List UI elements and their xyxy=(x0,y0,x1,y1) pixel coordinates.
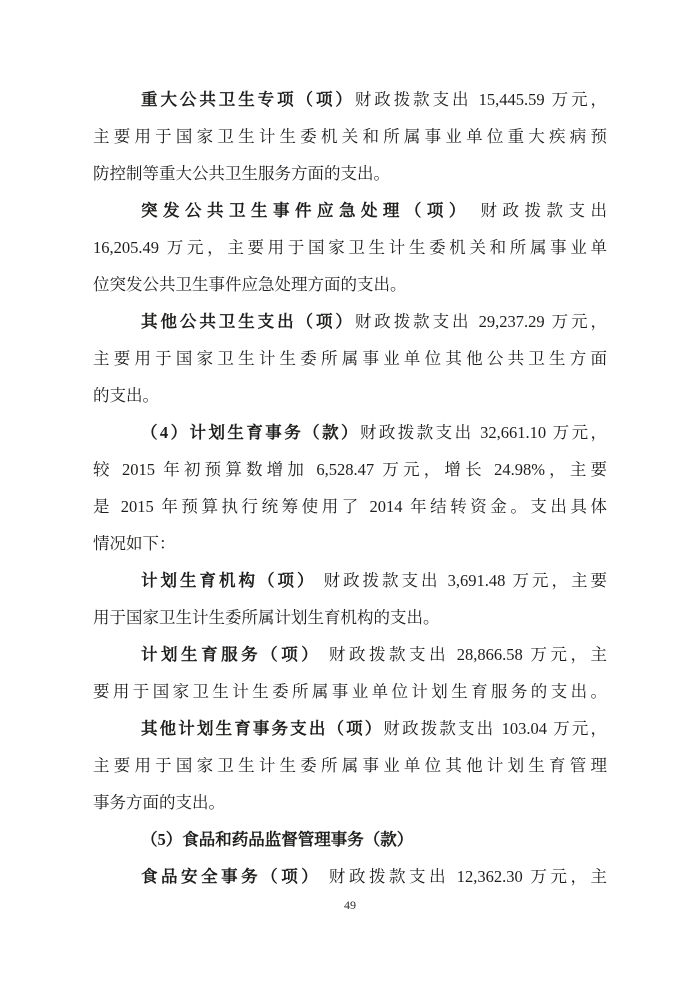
text-line: 用于国家卫生计生委所属计划生育机构的支出。 xyxy=(93,599,607,636)
para-other-family-planning-expenditure: 其他计划生育事务支出（项）财政拨款支出 103.04 万元，主要用于国家卫生计生… xyxy=(93,710,607,821)
bold-text-segment: （4）计划生育事务（款） xyxy=(141,423,360,442)
para-family-planning-services: 计划生育服务（项） 财政拨款支出 28,866.58 万元，主要用于国家卫生计生… xyxy=(93,636,607,710)
text-segment: 防控制等重大公共卫生服务方面的支出。 xyxy=(93,164,390,183)
text-line: （4）计划生育事务（款）财政拨款支出 32,661.10 万元， xyxy=(93,414,607,451)
text-segment: 事务方面的支出。 xyxy=(93,793,225,812)
heading-food-drug-supervision: （5）食品和药品监督管理事务（款） xyxy=(93,821,607,858)
text-line: 计划生育机构（项） 财政拨款支出 3,691.48 万元，主要 xyxy=(93,562,607,599)
para-emergency-public-health-response: 突发公共卫生事件应急处理（项） 财政拨款支出16,205.49 万元，主要用于国… xyxy=(93,192,607,303)
text-segment: 财政拨款支出 3,691.48 万元，主要 xyxy=(316,571,607,590)
bold-text-segment: 重大公共卫生专项（项） xyxy=(141,90,355,109)
para-other-public-health-expenditure: 其他公共卫生支出（项）财政拨款支出 29,237.29 万元，主要用于国家卫生计… xyxy=(93,303,607,414)
text-segment: 财政拨款支出 12,362.30 万元，主 xyxy=(321,867,607,886)
bold-text-segment: 计划生育机构（项） xyxy=(141,571,316,590)
bold-text-segment: 突发公共卫生事件应急处理（项） xyxy=(141,201,471,220)
para-food-safety-affairs: 食品安全事务（项） 财政拨款支出 12,362.30 万元，主 xyxy=(93,858,607,895)
text-line: （5）食品和药品监督管理事务（款） xyxy=(93,821,607,858)
text-line: 位突发公共卫生事件应急处理方面的支出。 xyxy=(93,266,607,303)
text-line: 情况如下： xyxy=(93,525,607,562)
text-segment: 财政拨款支出 28,866.58 万元，主 xyxy=(321,645,607,664)
text-segment: 财政拨款支出 15,445.59 万元， xyxy=(355,90,607,109)
text-segment: 主要用于国家卫生计生委所属事业单位其他计划生育管理 xyxy=(93,756,607,775)
text-line: 防控制等重大公共卫生服务方面的支出。 xyxy=(93,155,607,192)
text-line: 计划生育服务（项） 财政拨款支出 28,866.58 万元，主 xyxy=(93,636,607,673)
text-line: 食品安全事务（项） 财政拨款支出 12,362.30 万元，主 xyxy=(93,858,607,895)
text-line: 突发公共卫生事件应急处理（项） 财政拨款支出 xyxy=(93,192,607,229)
text-segment: 是 2015 年预算执行统筹使用了 2014 年结转资金。支出具体 xyxy=(93,497,607,516)
text-line: 要用于国家卫生计生委所属事业单位计划生育服务的支出。 xyxy=(93,673,607,710)
text-segment: 财政拨款支出 32,661.10 万元， xyxy=(360,423,607,442)
text-segment: 16,205.49 万元，主要用于国家卫生计生委机关和所属事业单 xyxy=(93,238,607,257)
text-line: 事务方面的支出。 xyxy=(93,784,607,821)
bold-text-segment: 其他公共卫生支出（项） xyxy=(141,312,355,331)
text-line: 其他公共卫生支出（项）财政拨款支出 29,237.29 万元， xyxy=(93,303,607,340)
text-line: 主要用于国家卫生计生委所属事业单位其他计划生育管理 xyxy=(93,747,607,784)
text-segment: 财政拨款支出 xyxy=(471,201,607,220)
text-segment: 较 2015 年初预算数增加 6,528.47 万元，增长 24.98%，主要 xyxy=(93,460,607,479)
text-line: 主要用于国家卫生计生委所属事业单位其他公共卫生方面 xyxy=(93,340,607,377)
page-number: 49 xyxy=(0,898,700,913)
para-family-planning-agencies: 计划生育机构（项） 财政拨款支出 3,691.48 万元，主要用于国家卫生计生委… xyxy=(93,562,607,636)
text-line: 的支出。 xyxy=(93,377,607,414)
text-segment: 财政拨款支出 29,237.29 万元， xyxy=(355,312,607,331)
bold-text-segment: 其他计划生育事务支出（项） xyxy=(141,719,383,738)
text-segment: 财政拨款支出 103.04 万元， xyxy=(383,719,607,738)
text-line: 主要用于国家卫生计生委机关和所属事业单位重大疾病预 xyxy=(93,118,607,155)
bold-text-segment: （5）食品和药品监督管理事务（款） xyxy=(141,830,413,849)
bold-text-segment: 食品安全事务（项） xyxy=(141,867,321,886)
text-segment: 用于国家卫生计生委所属计划生育机构的支出。 xyxy=(93,608,440,627)
text-segment: 要用于国家卫生计生委所属事业单位计划生育服务的支出。 xyxy=(93,682,607,701)
text-segment: 的支出。 xyxy=(93,386,159,405)
text-line: 16,205.49 万元，主要用于国家卫生计生委机关和所属事业单 xyxy=(93,229,607,266)
document-page: 重大公共卫生专项（项）财政拨款支出 15,445.59 万元，主要用于国家卫生计… xyxy=(0,0,700,989)
text-line: 是 2015 年预算执行统筹使用了 2014 年结转资金。支出具体 xyxy=(93,488,607,525)
text-line: 其他计划生育事务支出（项）财政拨款支出 103.04 万元， xyxy=(93,710,607,747)
para-family-planning-affairs-overview: （4）计划生育事务（款）财政拨款支出 32,661.10 万元，较 2015 年… xyxy=(93,414,607,562)
text-segment: 情况如下： xyxy=(93,534,176,553)
text-segment: 位突发公共卫生事件应急处理方面的支出。 xyxy=(93,275,407,294)
page-body: 重大公共卫生专项（项）财政拨款支出 15,445.59 万元，主要用于国家卫生计… xyxy=(93,81,607,895)
para-major-public-health-special: 重大公共卫生专项（项）财政拨款支出 15,445.59 万元，主要用于国家卫生计… xyxy=(93,81,607,192)
text-segment: 主要用于国家卫生计生委所属事业单位其他公共卫生方面 xyxy=(93,349,607,368)
bold-text-segment: 计划生育服务（项） xyxy=(141,645,321,664)
text-line: 重大公共卫生专项（项）财政拨款支出 15,445.59 万元， xyxy=(93,81,607,118)
text-segment: 主要用于国家卫生计生委机关和所属事业单位重大疾病预 xyxy=(93,127,607,146)
text-line: 较 2015 年初预算数增加 6,528.47 万元，增长 24.98%，主要 xyxy=(93,451,607,488)
